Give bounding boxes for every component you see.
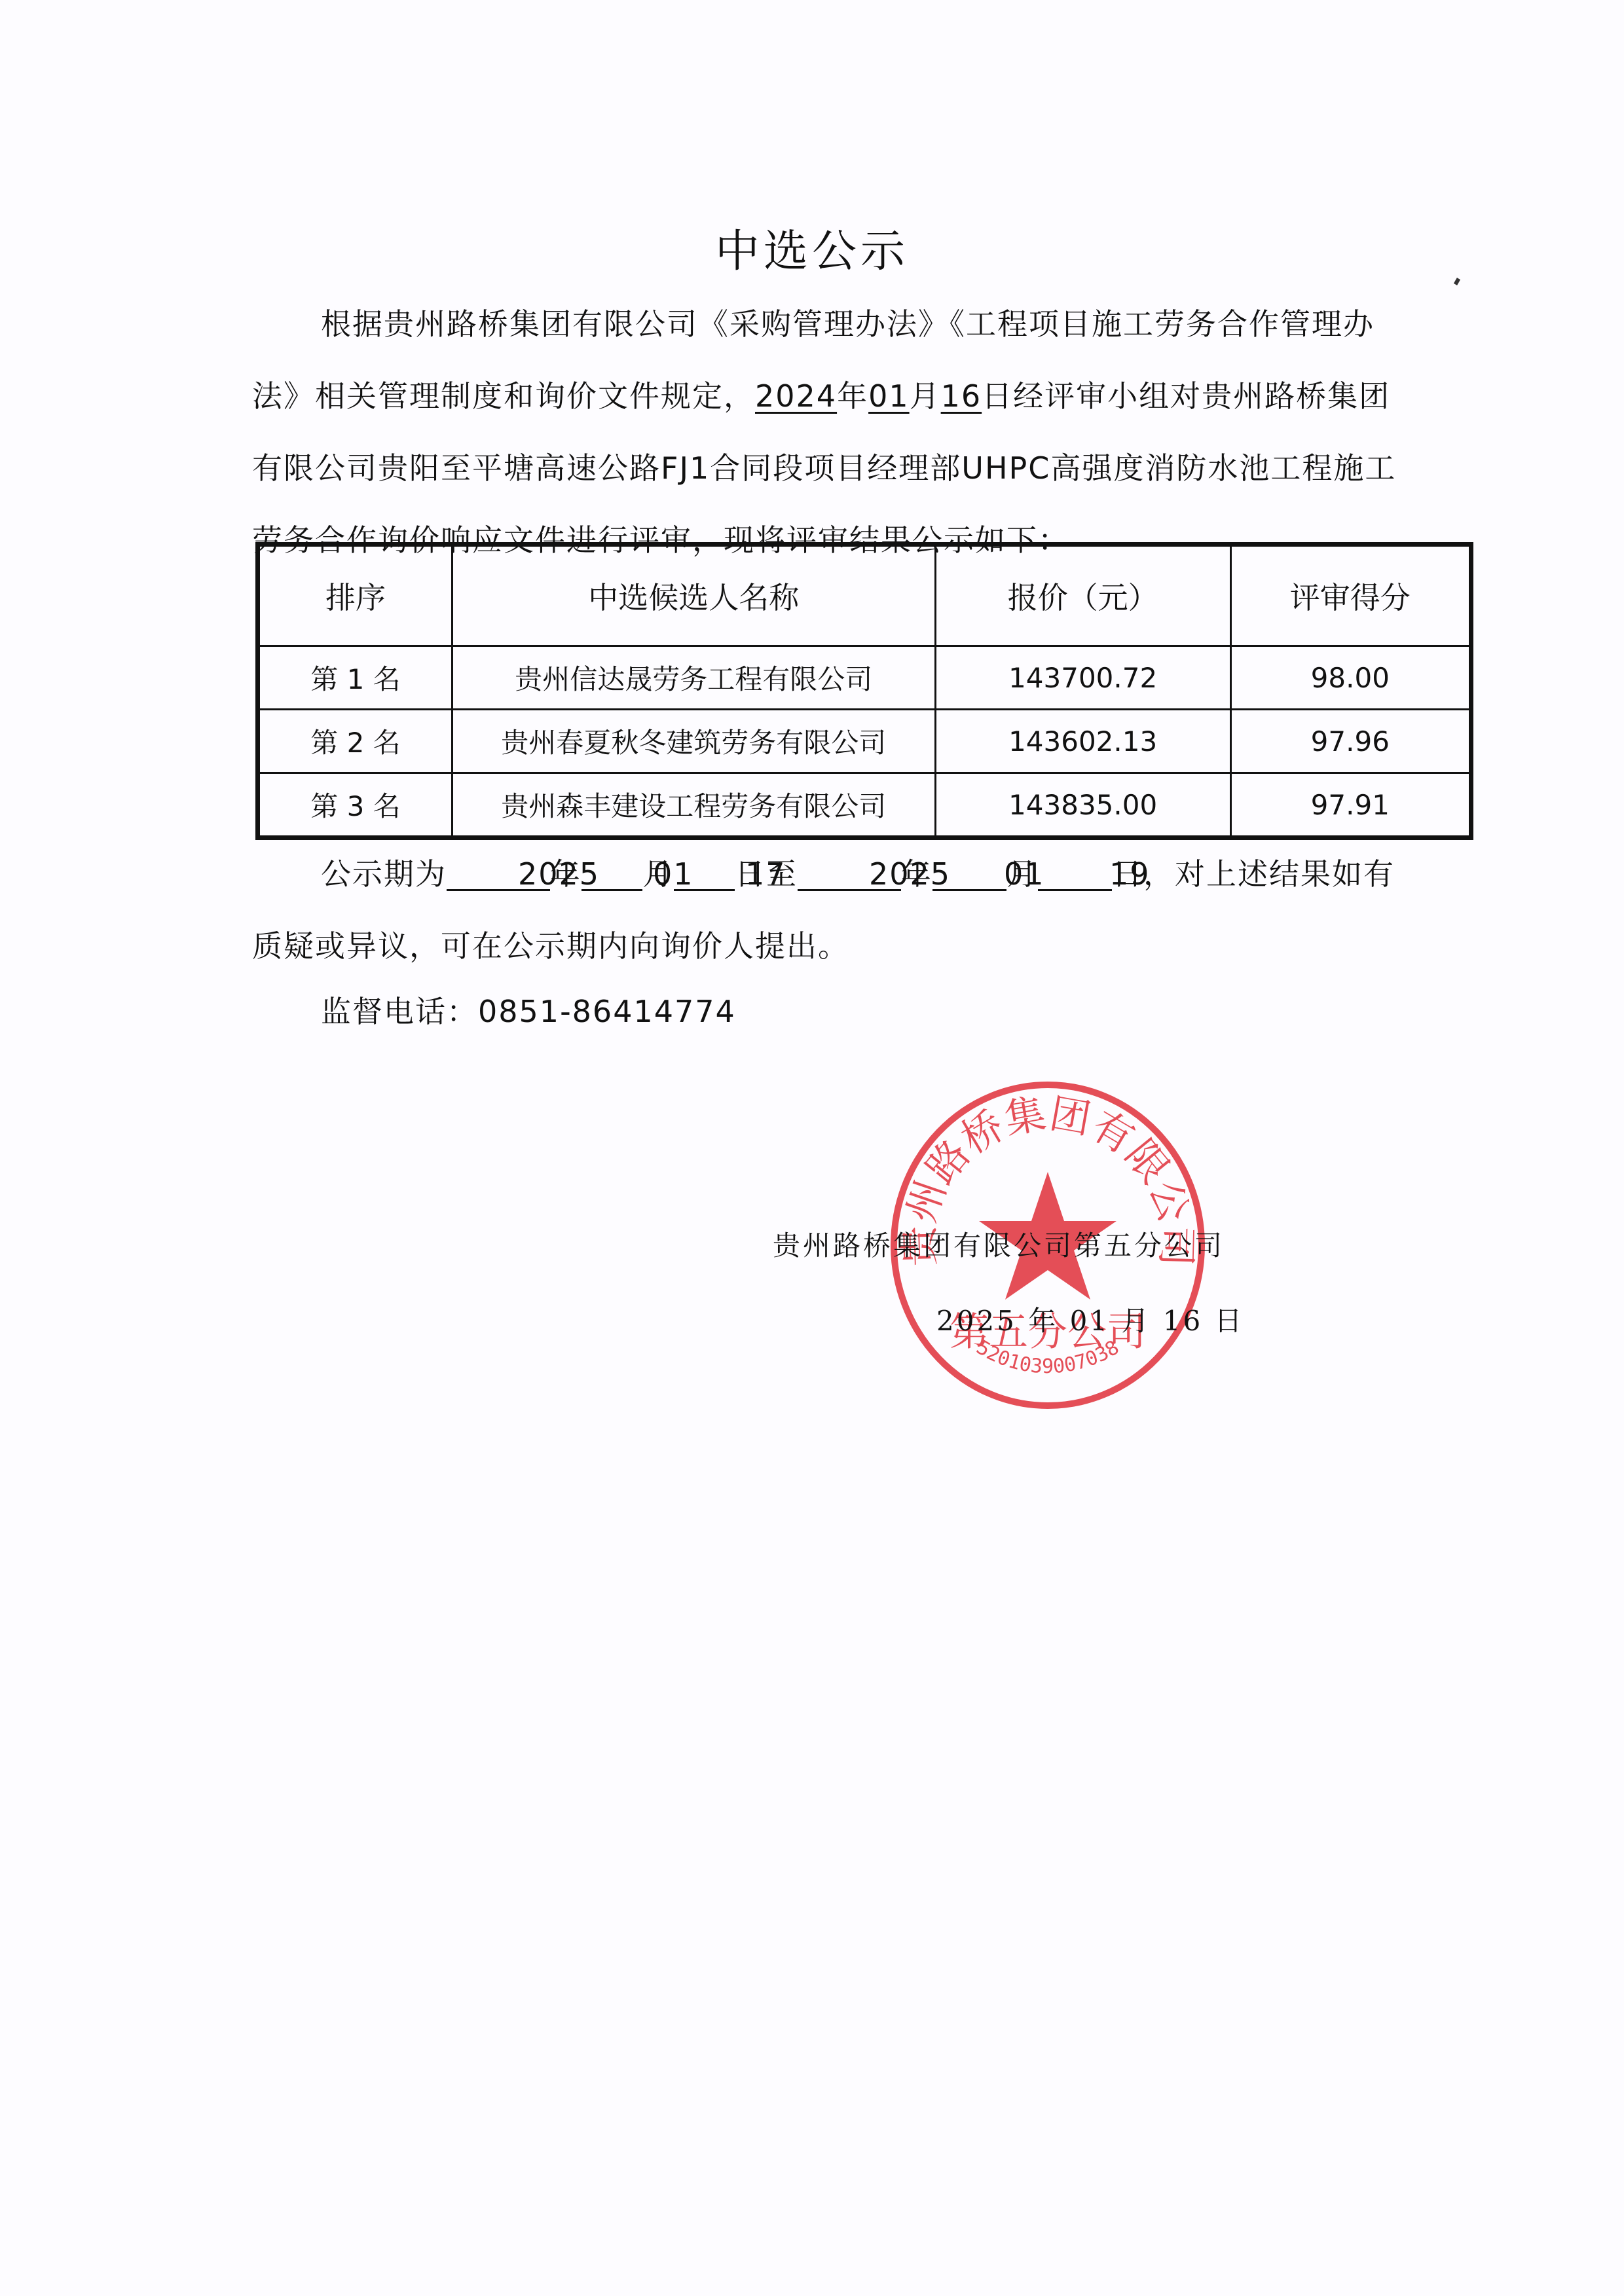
- period-paragraph: 公示期为2025年01月17日至2025年01月19日，对上述结果如有质疑或异议…: [252, 838, 1398, 982]
- signature-date: 2025 年 01 月 16 日: [936, 1300, 1245, 1339]
- supervision-phone: 0851-86414774: [478, 994, 736, 1029]
- cell-price: 143835.00: [935, 773, 1230, 838]
- signature-org: 贵州路桥集团有限公司第五分公司: [773, 1224, 1225, 1264]
- cell-score: 97.91: [1230, 773, 1471, 838]
- year-label: 年: [837, 378, 868, 414]
- year-label: 年: [901, 856, 932, 892]
- header-score: 评审得分: [1230, 545, 1471, 646]
- period-prefix: 公示期为: [321, 856, 447, 892]
- table-header-row: 排序 中选候选人名称 报价（元） 评审得分: [258, 545, 1471, 646]
- intro-paragraph: 根据贵州路桥集团有限公司《采购管理办法》《工程项目施工劳务合作管理办法》相关管理…: [252, 288, 1398, 576]
- cell-name: 贵州森丰建设工程劳务有限公司: [452, 773, 935, 838]
- table-row: 第 3 名 贵州森丰建设工程劳务有限公司 143835.00 97.91: [258, 773, 1471, 838]
- period-end-year: 2025: [798, 859, 901, 891]
- year-label: 年: [550, 856, 581, 892]
- month-label: 月: [910, 378, 941, 414]
- header-price: 报价（元）: [935, 545, 1230, 646]
- period-end-day: 19: [1038, 859, 1112, 891]
- review-month: 01: [868, 378, 910, 414]
- header-rank: 排序: [258, 545, 452, 646]
- month-label: 月: [642, 856, 674, 892]
- period-start-year: 2025: [447, 859, 550, 891]
- document-page: 中选公示 根据贵州路桥集团有限公司《采购管理办法》《工程项目施工劳务合作管理办法…: [0, 0, 1624, 2296]
- supervision-label: 监督电话：: [321, 994, 478, 1029]
- cell-name: 贵州信达晟劳务工程有限公司: [452, 646, 935, 710]
- period-to-label: 日至: [735, 856, 798, 892]
- month-label: 月: [1006, 856, 1038, 892]
- cell-name: 贵州春夏秋冬建筑劳务有限公司: [452, 710, 935, 773]
- review-day: 16: [941, 378, 982, 414]
- cell-price: 143602.13: [935, 710, 1230, 773]
- period-end-month: 01: [932, 859, 1006, 891]
- supervision-line: 监督电话：0851-86414774: [252, 975, 1398, 1048]
- header-name: 中选候选人名称: [452, 545, 935, 646]
- review-year: 2024: [755, 378, 837, 414]
- table-row: 第 1 名 贵州信达晟劳务工程有限公司 143700.72 98.00: [258, 646, 1471, 710]
- cell-rank: 第 3 名: [258, 773, 452, 838]
- cell-rank: 第 2 名: [258, 710, 452, 773]
- period-start-month: 01: [581, 859, 642, 891]
- cell-rank: 第 1 名: [258, 646, 452, 710]
- cell-score: 97.96: [1230, 710, 1471, 773]
- cell-score: 98.00: [1230, 646, 1471, 710]
- results-table: 排序 中选候选人名称 报价（元） 评审得分 第 1 名 贵州信达晟劳务工程有限公…: [255, 542, 1473, 840]
- page-title: 中选公示: [0, 216, 1624, 280]
- cell-price: 143700.72: [935, 646, 1230, 710]
- period-start-day: 17: [674, 859, 735, 891]
- table-row: 第 2 名 贵州春夏秋冬建筑劳务有限公司 143602.13 97.96: [258, 710, 1471, 773]
